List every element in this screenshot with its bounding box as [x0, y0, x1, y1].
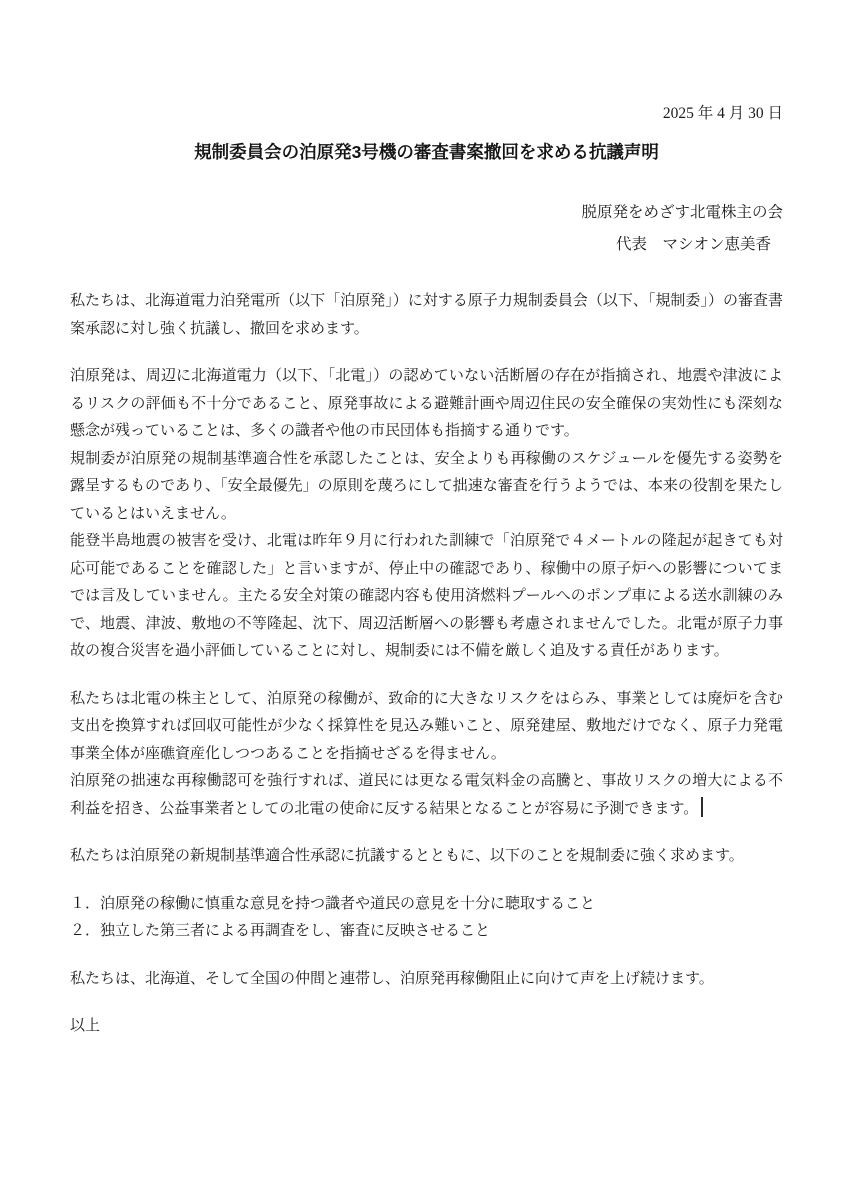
document-date: 2025 年 4 月 30 日: [70, 103, 783, 125]
paragraph-shareholder-position: 私たちは北電の株主として、泊原発の稼働が、致命的に大きなリスクをはらみ、事業とし…: [70, 686, 783, 769]
paragraph-restart-consequences: 泊原発の拙速な再稼働認可を強行すれば、道民には更なる電気料金の高騰と、事故リスク…: [70, 768, 783, 823]
paragraph-protest-declaration: 私たちは、北海道電力泊発電所（以下「泊原発」）に対する原子力規制委員会（以下、「…: [70, 288, 783, 343]
paragraph-schedule-priority: 規制委が泊原発の規制基準適合性を承認したことは、安全よりも再稼働のスケジュールを…: [70, 446, 783, 529]
document-page[interactable]: 2025 年 4 月 30 日 規制委員会の泊原発3号機の審査書案撤回を求める抗…: [0, 0, 853, 1200]
text-cursor: [701, 797, 703, 817]
paragraph-risk-concerns: 泊原発は、周辺に北海道電力（以下、「北電」）の認めていない活断層の存在が指摘され…: [70, 363, 783, 446]
paragraph-solidarity: 私たちは、北海道、そして全国の仲間と連帯し、泊原発再稼働阻止に向けて声を上げ続け…: [70, 966, 783, 994]
document-content: 2025 年 4 月 30 日 規制委員会の泊原発3号機の審査書案撤回を求める抗…: [70, 103, 783, 1041]
paragraph-demands-intro: 私たちは泊原発の新規制基準適合性承認に抗議するとともに、以下のことを規制委に強く…: [70, 843, 783, 871]
author-representative: 代表 マシオン恵美香: [70, 233, 783, 257]
document-body: 私たちは、北海道電力泊発電所（以下「泊原発」）に対する原子力規制委員会（以下、「…: [70, 288, 783, 1041]
list-item-1: １．泊原発の稼働に慎重な意見を持つ識者や道民の意見を十分に聴取すること: [70, 891, 783, 919]
document-title: 規制委員会の泊原発3号機の審査書案撤回を求める抗議声明: [70, 139, 783, 165]
paragraph-noto-earthquake: 能登半島地震の被害を受け、北電は昨年９月に行われた訓練で「泊原発で４メートルの隆…: [70, 528, 783, 666]
closing-ijou: 以上: [70, 1013, 783, 1041]
list-item-2: ２．独立した第三者による再調査をし、審査に反映させること: [70, 918, 783, 946]
author-organization: 脱原発をめざす北電株主の会: [70, 201, 783, 225]
